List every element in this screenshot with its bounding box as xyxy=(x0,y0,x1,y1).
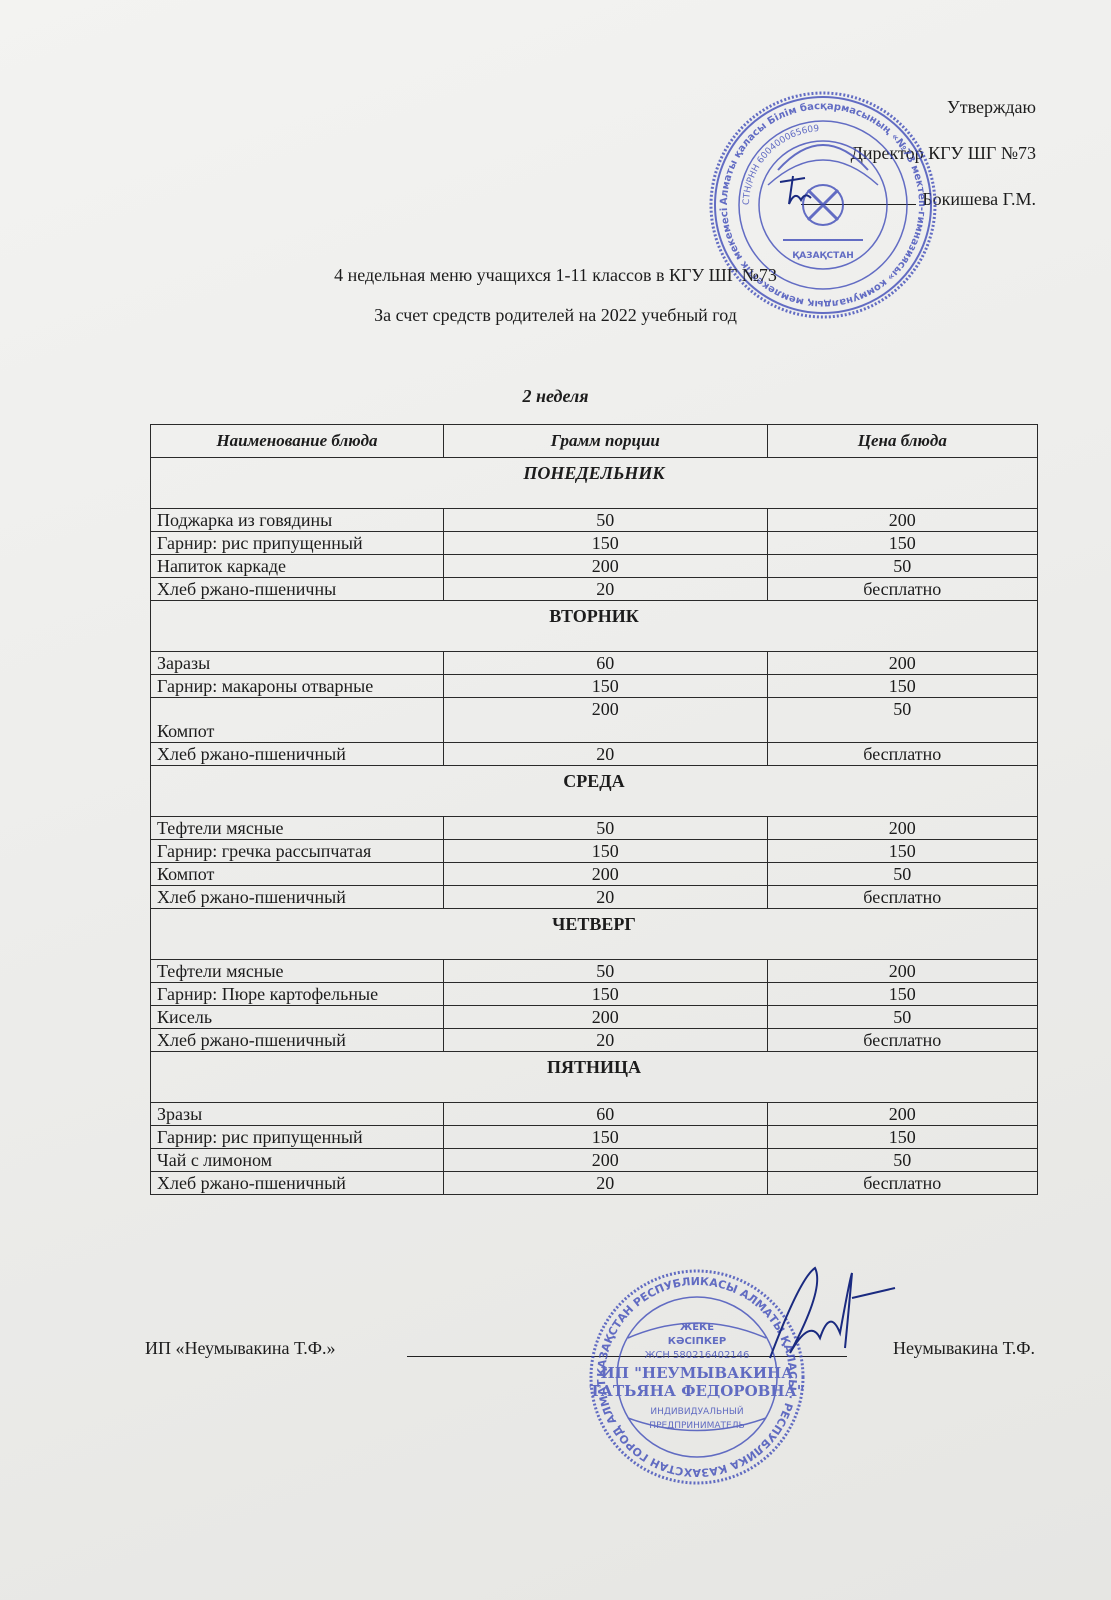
dish-name: Кисель xyxy=(151,1006,444,1029)
page-subtitle: За счет средств родителей на 2022 учебны… xyxy=(0,305,1111,326)
dish-price: бесплатно xyxy=(767,886,1037,909)
portion-grams: 200 xyxy=(444,1006,768,1029)
day-header-row: ПЯТНИЦА xyxy=(151,1052,1038,1103)
menu-table: Наименование блюда Грамм порции Цена блю… xyxy=(150,424,1038,1195)
dish-price: 150 xyxy=(767,532,1037,555)
portion-grams: 50 xyxy=(444,960,768,983)
portion-grams: 150 xyxy=(444,983,768,1006)
dish-name: Чай с лимоном xyxy=(151,1149,444,1172)
approval-block: Утверждаю Директор КГУ ШГ №73 Бокишева Г… xyxy=(801,98,1036,236)
portion-grams: 50 xyxy=(444,509,768,532)
dish-name: Заразы xyxy=(151,652,444,675)
portion-grams: 200 xyxy=(444,698,768,743)
portion-grams: 60 xyxy=(444,1103,768,1126)
dish-price: бесплатно xyxy=(767,1029,1037,1052)
day-name: ПЯТНИЦА xyxy=(151,1052,1038,1103)
svg-text:КӘСІПКЕР: КӘСІПКЕР xyxy=(668,1336,726,1347)
day-header-row: ВТОРНИК xyxy=(151,601,1038,652)
supplier-signature-icon xyxy=(740,1258,900,1368)
portion-grams: 20 xyxy=(444,886,768,909)
dish-price: 150 xyxy=(767,840,1037,863)
signature-line xyxy=(801,204,916,205)
portion-grams: 150 xyxy=(444,675,768,698)
table-row: Компот20050 xyxy=(151,698,1038,743)
dish-name: Хлеб ржано-пшеничный xyxy=(151,886,444,909)
dish-name: Гарнир: рис припущенный xyxy=(151,532,444,555)
dish-name: Хлеб ржано-пшеничный xyxy=(151,1172,444,1195)
dish-price: 50 xyxy=(767,698,1037,743)
supplier-name: ИП «Неумывакина Т.Ф.» xyxy=(145,1338,335,1359)
dish-name: Компот xyxy=(151,863,444,886)
svg-text:ТАТЬЯНА ФЕДОРОВНА": ТАТЬЯНА ФЕДОРОВНА" xyxy=(589,1382,804,1400)
column-header-grams: Грамм порции xyxy=(444,425,768,458)
dish-name: Поджарка из говядины xyxy=(151,509,444,532)
dish-price: 50 xyxy=(767,1006,1037,1029)
approval-signatory: Бокишева Г.М. xyxy=(801,190,1036,208)
table-row: Хлеб ржано-пшеничны20бесплатно xyxy=(151,578,1038,601)
table-row: Компот20050 xyxy=(151,863,1038,886)
dish-name: Хлеб ржано-пшеничны xyxy=(151,578,444,601)
dish-name: Хлеб ржано-пшеничный xyxy=(151,1029,444,1052)
portion-grams: 20 xyxy=(444,578,768,601)
page-title: 4 недельная меню учащихся 1-11 классов в… xyxy=(0,265,1111,286)
dish-name: Зразы xyxy=(151,1103,444,1126)
dish-name: Компот xyxy=(151,698,444,743)
svg-text:ИП "НЕУМЫВАКИНА: ИП "НЕУМЫВАКИНА xyxy=(601,1364,795,1382)
dish-name: Тефтели мясные xyxy=(151,817,444,840)
svg-text:ҚАЗАҚСТАН РЕСПУБЛИКАСЫ АЛМАТЫ: ҚАЗАҚСТАН РЕСПУБЛИКАСЫ АЛМАТЫ ҚАЛАСЫ · Р… xyxy=(588,1268,799,1479)
table-row: Зразы60200 xyxy=(151,1103,1038,1126)
table-row: Гарнир: гречка рассыпчатая150150 xyxy=(151,840,1038,863)
table-row: Гарнир: рис припущенный150150 xyxy=(151,532,1038,555)
table-row: Гарнир: рис припущенный150150 xyxy=(151,1126,1038,1149)
table-row: Чай с лимоном20050 xyxy=(151,1149,1038,1172)
column-header-price: Цена блюда xyxy=(767,425,1037,458)
week-label: 2 неделя xyxy=(0,386,1111,407)
table-row: Гарнир: Пюре картофельные150150 xyxy=(151,983,1038,1006)
table-row: Тефтели мясные50200 xyxy=(151,960,1038,983)
table-row: Поджарка из говядины50200 xyxy=(151,509,1038,532)
dish-name: Хлеб ржано-пшеничный xyxy=(151,743,444,766)
dish-price: 200 xyxy=(767,817,1037,840)
dish-price: 200 xyxy=(767,960,1037,983)
portion-grams: 20 xyxy=(444,743,768,766)
day-name: ЧЕТВЕРГ xyxy=(151,909,1038,960)
dish-price: 50 xyxy=(767,555,1037,578)
dish-name: Гарнир: Пюре картофельные xyxy=(151,983,444,1006)
approval-label: Утверждаю xyxy=(801,98,1036,116)
portion-grams: 20 xyxy=(444,1029,768,1052)
portion-grams: 200 xyxy=(444,555,768,578)
svg-text:ҚАЗАҚСТАН: ҚАЗАҚСТАН xyxy=(792,251,854,261)
svg-text:ПРЕДПРИНИМАТЕЛЬ: ПРЕДПРИНИМАТЕЛЬ xyxy=(649,1421,744,1431)
day-name: ПОНЕДЕЛЬНИК xyxy=(151,458,1038,509)
day-name: ВТОРНИК xyxy=(151,601,1038,652)
ip-stamp-icon: ҚАЗАҚСТАН РЕСПУБЛИКАСЫ АЛМАТЫ ҚАЛАСЫ · Р… xyxy=(588,1268,806,1486)
table-row: Напиток каркаде20050 xyxy=(151,555,1038,578)
dish-price: 150 xyxy=(767,675,1037,698)
dish-price: 150 xyxy=(767,983,1037,1006)
day-header-row: СРЕДА xyxy=(151,766,1038,817)
svg-text:ЖЕКЕ: ЖЕКЕ xyxy=(680,1322,714,1333)
signature-line xyxy=(407,1356,847,1357)
dish-price: 200 xyxy=(767,509,1037,532)
column-header-dish: Наименование блюда xyxy=(151,425,444,458)
dish-name: Гарнир: рис припущенный xyxy=(151,1126,444,1149)
dish-price: бесплатно xyxy=(767,743,1037,766)
portion-grams: 20 xyxy=(444,1172,768,1195)
day-name: СРЕДА xyxy=(151,766,1038,817)
table-row: Хлеб ржано-пшеничный20бесплатно xyxy=(151,1172,1038,1195)
table-row: Хлеб ржано-пшеничный20бесплатно xyxy=(151,1029,1038,1052)
dish-name: Гарнир: гречка рассыпчатая xyxy=(151,840,444,863)
day-header-row: ПОНЕДЕЛЬНИК xyxy=(151,458,1038,509)
approval-position: Директор КГУ ШГ №73 xyxy=(801,144,1036,162)
dish-price: 150 xyxy=(767,1126,1037,1149)
dish-price: бесплатно xyxy=(767,1172,1037,1195)
dish-name: Напиток каркаде xyxy=(151,555,444,578)
table-row: Хлеб ржано-пшеничный20бесплатно xyxy=(151,886,1038,909)
supplier-signatory: Неумывакина Т.Ф. xyxy=(893,1338,1035,1359)
table-row: Заразы60200 xyxy=(151,652,1038,675)
table-row: Тефтели мясные50200 xyxy=(151,817,1038,840)
dish-price: бесплатно xyxy=(767,578,1037,601)
svg-text:ИНДИВИДУАЛЬНЫЙ: ИНДИВИДУАЛЬНЫЙ xyxy=(650,1405,743,1417)
table-header-row: Наименование блюда Грамм порции Цена блю… xyxy=(151,425,1038,458)
day-header-row: ЧЕТВЕРГ xyxy=(151,909,1038,960)
portion-grams: 150 xyxy=(444,532,768,555)
dish-name: Гарнир: макароны отварные xyxy=(151,675,444,698)
table-row: Гарнир: макароны отварные150150 xyxy=(151,675,1038,698)
table-row: Хлеб ржано-пшеничный20бесплатно xyxy=(151,743,1038,766)
dish-price: 50 xyxy=(767,863,1037,886)
dish-name: Тефтели мясные xyxy=(151,960,444,983)
dish-price: 50 xyxy=(767,1149,1037,1172)
portion-grams: 200 xyxy=(444,863,768,886)
approval-signatory-name: Бокишева Г.М. xyxy=(922,189,1036,209)
dish-price: 200 xyxy=(767,1103,1037,1126)
portion-grams: 200 xyxy=(444,1149,768,1172)
table-row: Кисель20050 xyxy=(151,1006,1038,1029)
portion-grams: 150 xyxy=(444,840,768,863)
portion-grams: 150 xyxy=(444,1126,768,1149)
dish-price: 200 xyxy=(767,652,1037,675)
portion-grams: 60 xyxy=(444,652,768,675)
ip-stamp: ҚАЗАҚСТАН РЕСПУБЛИКАСЫ АЛМАТЫ ҚАЛАСЫ · Р… xyxy=(588,1268,806,1486)
portion-grams: 50 xyxy=(444,817,768,840)
